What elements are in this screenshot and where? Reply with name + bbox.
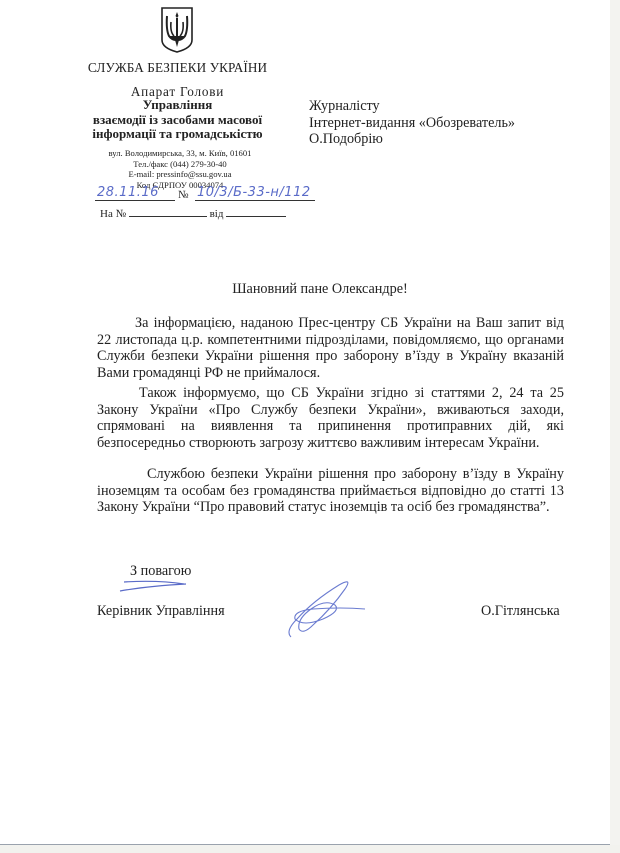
department-line: Управління	[70, 98, 285, 113]
signatory-name: О.Гітлянська	[481, 603, 560, 620]
outgoing-date: 28.11.16	[97, 185, 159, 200]
department-line: інформації та громадськістю	[70, 127, 285, 142]
recipient-line: О.Подобрію	[309, 131, 569, 148]
body-paragraph: Службою безпеки України рішення про забо…	[97, 466, 564, 516]
email: E-mail: pressinfo@ssu.gov.ua	[80, 169, 280, 180]
reference-number-label: На №	[100, 208, 126, 220]
department-line: взаємодії із засобами масової	[70, 113, 285, 128]
letter-page: СЛУЖБА БЕЗПЕКИ УКРАЇНИ Апарат Голови Упр…	[0, 0, 610, 845]
salutation: Шановний пане Олександре!	[90, 281, 470, 298]
department-name: Управління взаємодії із засобами масової…	[70, 98, 285, 142]
date-underline	[95, 200, 175, 201]
recipient-line: Інтернет-видання «Обозреватель»	[309, 115, 569, 132]
signatory-title: Керівник Управління	[97, 603, 225, 620]
recipient-line: Журналісту	[309, 98, 569, 115]
outgoing-number: 10/3/Б-33-н/112	[197, 185, 311, 200]
scan-edge	[0, 845, 620, 853]
handwritten-signature-icon	[283, 575, 368, 645]
phone-fax: Тел./факс (044) 279-30-40	[80, 159, 280, 170]
reference-date-blank	[226, 206, 286, 217]
reference-number-blank	[129, 206, 207, 217]
outgoing-registration: 28.11.16 № 10/3/Б-33-н/112	[95, 183, 325, 205]
body-paragraph: За інформацією, наданою Прес-центру СБ У…	[97, 315, 564, 381]
organization-name: СЛУЖБА БЕЗПЕКИ УКРАЇНИ	[70, 60, 285, 76]
body-paragraph: Також інформуємо, що СБ України згідно з…	[97, 385, 564, 451]
trident-emblem-icon	[160, 6, 194, 54]
recipient-block: Журналісту Інтернет-видання «Обозревател…	[309, 98, 569, 148]
number-underline	[195, 200, 315, 201]
number-sign: №	[178, 189, 189, 201]
reference-line: На № від	[100, 206, 300, 220]
address: вул. Володимирська, 33, м. Київ, 01601	[80, 148, 280, 159]
initial-scribble-icon	[118, 578, 208, 594]
reference-from-label: від	[210, 208, 224, 220]
